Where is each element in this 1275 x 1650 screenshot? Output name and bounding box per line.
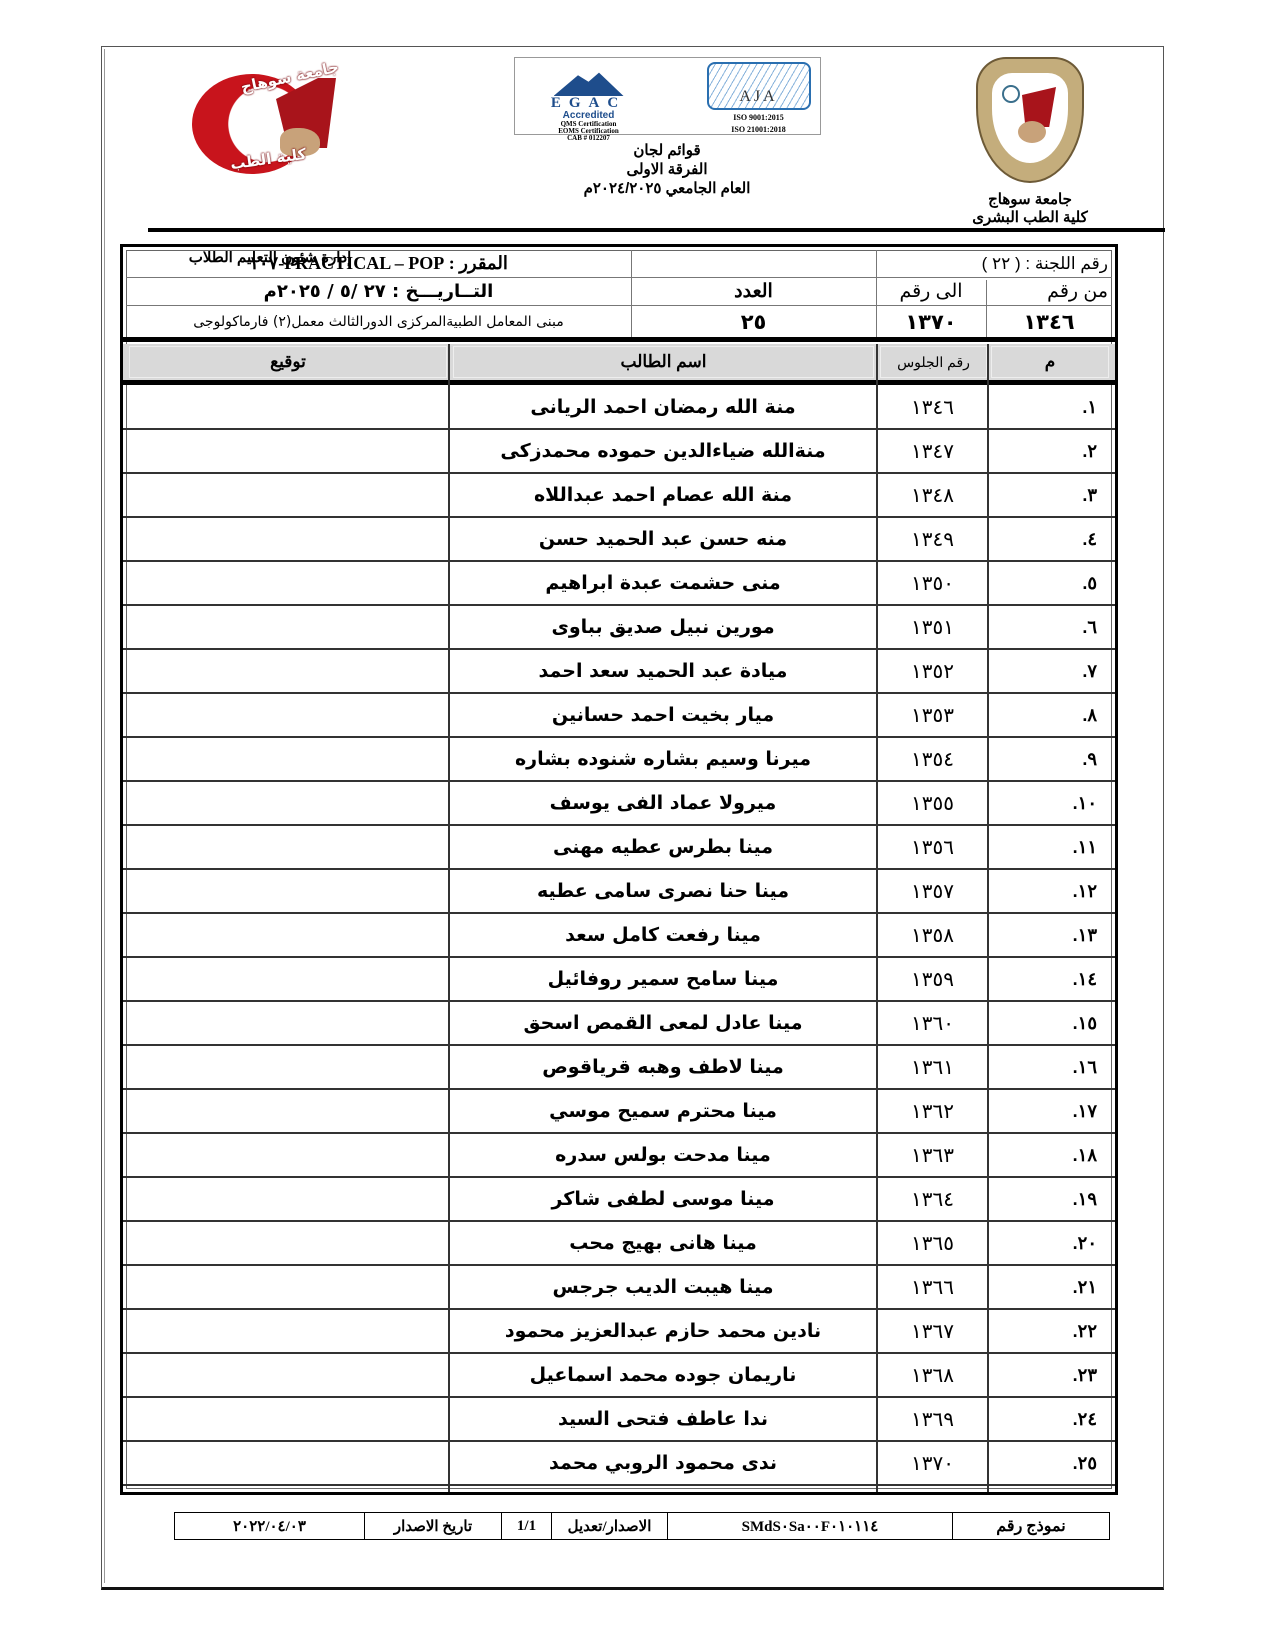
row-index: ٢. <box>989 430 1111 472</box>
seat-number: ١٣٦٦ <box>878 1266 987 1308</box>
table-row: ١٩.١٣٦٤مينا موسى لطفى شاكر <box>123 1178 1115 1222</box>
student-name: منه حسن عبد الحميد حسن <box>450 518 876 560</box>
signature-cell[interactable] <box>127 1002 448 1044</box>
table-row: ١٨.١٣٦٣مينا مدحت بولس سدره <box>123 1134 1115 1178</box>
course-code: المقرر : PRACTICAL – POP-١٠٧ <box>126 250 631 277</box>
column-header-signature: توقيع <box>129 346 447 378</box>
table-row: ٢٠.١٣٦٥مينا هانى بهيج محب <box>123 1222 1115 1266</box>
seat-number: ١٣٤٦ <box>878 386 987 428</box>
seat-number: ١٣٦٩ <box>878 1398 987 1440</box>
student-name: منةالله ضياءالدين حموده محمدزكى <box>450 430 876 472</box>
table-header: م رقم الجلوس اسم الطالب توقيع <box>123 344 1115 380</box>
from-number-label: من رقم <box>986 278 1112 305</box>
row-index: ٥. <box>989 562 1111 604</box>
signature-cell[interactable] <box>127 1222 448 1264</box>
mountain-eagle-icon <box>554 70 624 96</box>
count-label: العدد <box>631 278 876 305</box>
faculty-name: كلية الطب البشرى <box>955 209 1105 227</box>
seat-number: ١٣٥٧ <box>878 870 987 912</box>
form-number-label: نموذج رقم <box>952 1513 1109 1539</box>
row-index: ١٢. <box>989 870 1111 912</box>
edition-label: الاصدار/تعديل <box>551 1513 667 1539</box>
student-name: نادين محمد حازم عبدالعزيز محمود <box>450 1310 876 1352</box>
header-center: EGAC Accredited QMS Certification EOMS C… <box>512 57 822 198</box>
table-row: ٢٣.١٣٦٨ناريمان جوده محمد اسماعيل <box>123 1354 1115 1398</box>
table-row: ٢.١٣٤٧منةالله ضياءالدين حموده محمدزكى <box>123 430 1115 474</box>
table-row: ٢٢.١٣٦٧نادين محمد حازم عبدالعزيز محمود <box>123 1310 1115 1354</box>
student-name: مينا سامح سمير روفائيل <box>450 958 876 1000</box>
table-row: ٤.١٣٤٩منه حسن عبد الحميد حسن <box>123 518 1115 562</box>
egac-line3: CAB # 012207 <box>519 135 659 142</box>
signature-cell[interactable] <box>127 1398 448 1440</box>
column-header-seat-number: رقم الجلوس <box>880 346 987 378</box>
signature-cell[interactable] <box>127 1178 448 1220</box>
student-name: ندى محمود الروبي محمد <box>450 1442 876 1484</box>
row-index: ١٥. <box>989 1002 1111 1044</box>
signature-cell[interactable] <box>127 1266 448 1308</box>
student-name: منى حشمت عبدة ابراهيم <box>450 562 876 604</box>
table-row: ٢١.١٣٦٦مينا هيبت الديب جرجس <box>123 1266 1115 1310</box>
seat-number: ١٣٦٥ <box>878 1222 987 1264</box>
seat-number: ١٣٥٣ <box>878 694 987 736</box>
seat-number: ١٣٦٢ <box>878 1090 987 1132</box>
form-number-code: SMdS٠Sa٠٠F٠١٠١١٤ <box>667 1513 952 1539</box>
committee-number: رقم اللجنة : ( ٢٢ ) <box>876 250 1112 277</box>
student-name: مورين نبيل صديق بباوى <box>450 606 876 648</box>
signature-cell[interactable] <box>127 1134 448 1176</box>
seat-number: ١٣٥٥ <box>878 782 987 824</box>
egac-logo: EGAC Accredited QMS Certification EOMS C… <box>519 60 659 132</box>
issue-date-value: ٢٠٢٢/٠٤/٠٣ <box>175 1513 364 1539</box>
header-right: جامعة سوهاج كلية الطب البشرى <box>955 57 1105 227</box>
row-index: ٨. <box>989 694 1111 736</box>
seat-number: ١٣٦٧ <box>878 1310 987 1352</box>
student-name: مينا عادل لمعى القمص اسحق <box>450 1002 876 1044</box>
signature-cell[interactable] <box>127 1442 448 1484</box>
seat-number: ١٣٥٨ <box>878 914 987 956</box>
signature-cell[interactable] <box>127 386 448 428</box>
signature-cell[interactable] <box>127 1354 448 1396</box>
student-name: ميادة عبد الحميد سعد احمد <box>450 650 876 692</box>
header-left: جامعة سوهاج كلية الطب إدارة شئون التعليم… <box>160 68 380 266</box>
committee-table: رقم اللجنة : ( ٢٢ ) من رقم الى رقم ١٣٤٦ … <box>120 244 1118 1495</box>
row-index: ٢٢. <box>989 1310 1111 1352</box>
title-academic-year: العام الجامعي ٢٠٢٤/٢٠٢٥م <box>512 179 822 198</box>
signature-cell[interactable] <box>127 694 448 736</box>
column-header-index: م <box>991 346 1109 378</box>
row-index: ١٩. <box>989 1178 1111 1220</box>
row-index: ١٠. <box>989 782 1111 824</box>
signature-cell[interactable] <box>127 738 448 780</box>
committee-info: رقم اللجنة : ( ٢٢ ) من رقم الى رقم ١٣٤٦ … <box>123 247 1115 337</box>
document-titles: قوائم لجان الفرقة الاولى العام الجامعي ٢… <box>512 141 822 198</box>
row-index: ٢٤. <box>989 1398 1111 1440</box>
table-row: ١.١٣٤٦منة الله رمضان احمد الريانى <box>123 386 1115 430</box>
exam-date: التــاريـــخ : ٢٧ /٥ / ٢٠٢٥م <box>126 278 631 305</box>
title-year-level: الفرقة الاولى <box>512 160 822 179</box>
aja-logo: AJA ISO 9001:2015 ISO 21001:2018 <box>704 60 814 132</box>
signature-cell[interactable] <box>127 914 448 956</box>
table-row: ١٧.١٣٦٢مينا محترم سميح موسي <box>123 1090 1115 1134</box>
table-row: ٢٥.١٣٧٠ندى محمود الروبي محمد <box>123 1442 1115 1486</box>
signature-cell[interactable] <box>127 1090 448 1132</box>
seat-number: ١٣٥٠ <box>878 562 987 604</box>
student-name: ميرنا وسيم بشاره شنوده بشاره <box>450 738 876 780</box>
table-row: ١٣.١٣٥٨مينا رفعت كامل سعد <box>123 914 1115 958</box>
signature-cell[interactable] <box>127 958 448 1000</box>
student-name: مينا موسى لطفى شاكر <box>450 1178 876 1220</box>
seat-number: ١٣٤٧ <box>878 430 987 472</box>
student-name: مينا بطرس عطيه مهنى <box>450 826 876 868</box>
row-index: ٣. <box>989 474 1111 516</box>
signature-cell[interactable] <box>127 650 448 692</box>
table-row: ١٥.١٣٦٠مينا عادل لمعى القمص اسحق <box>123 1002 1115 1046</box>
to-number-value: ١٣٧٠ <box>876 306 986 337</box>
row-index: ١٦. <box>989 1046 1111 1088</box>
form-footer: نموذج رقم SMdS٠Sa٠٠F٠١٠١١٤ الاصدار/تعديل… <box>174 1512 1110 1540</box>
table-row: ٦.١٣٥١مورين نبيل صديق بباوى <box>123 606 1115 650</box>
signature-cell[interactable] <box>127 474 448 516</box>
title-committee-lists: قوائم لجان <box>512 141 822 160</box>
seat-number: ١٣٤٨ <box>878 474 987 516</box>
seat-number: ١٣٦٣ <box>878 1134 987 1176</box>
student-name: مينا هيبت الديب جرجس <box>450 1266 876 1308</box>
student-name: مينا رفعت كامل سعد <box>450 914 876 956</box>
student-name: مينا مدحت بولس سدره <box>450 1134 876 1176</box>
seat-number: ١٣٥٢ <box>878 650 987 692</box>
edition-value: 1/1 <box>501 1513 551 1539</box>
table-row: ٧.١٣٥٢ميادة عبد الحميد سعد احمد <box>123 650 1115 694</box>
row-index: ١٤. <box>989 958 1111 1000</box>
to-number-label: الى رقم <box>876 278 986 305</box>
pharaoh-face-icon <box>1018 121 1046 143</box>
table-row: ١٤.١٣٥٩مينا سامح سمير روفائيل <box>123 958 1115 1002</box>
egac-letters: EGAC <box>519 96 659 110</box>
iso-9001: ISO 9001:2015 <box>704 113 814 122</box>
globe-icon: AJA <box>707 62 811 110</box>
row-index: ٢٣. <box>989 1354 1111 1396</box>
seat-number: ١٣٥١ <box>878 606 987 648</box>
count-value: ٢٥ <box>631 306 876 337</box>
student-name: ندا عاطف فتحى السيد <box>450 1398 876 1440</box>
signature-cell[interactable] <box>127 1310 448 1352</box>
university-name: جامعة سوهاج <box>955 191 1105 209</box>
seat-number: ١٣٦٠ <box>878 1002 987 1044</box>
student-name: منة الله رمضان احمد الريانى <box>450 386 876 428</box>
student-name: ناريمان جوده محمد اسماعيل <box>450 1354 876 1396</box>
student-name: مينا محترم سميح موسي <box>450 1090 876 1132</box>
atom-icon <box>1002 85 1020 103</box>
row-index: ٢١. <box>989 1266 1111 1308</box>
row-index: ٢٠. <box>989 1222 1111 1264</box>
certification-logos: EGAC Accredited QMS Certification EOMS C… <box>514 57 821 135</box>
exam-location: مبنى المعامل الطبيةالمركزى الدورالثالث م… <box>126 306 631 337</box>
table-row: ١١.١٣٥٦مينا بطرس عطيه مهنى <box>123 826 1115 870</box>
signature-cell[interactable] <box>127 826 448 868</box>
header-divider <box>148 228 1165 232</box>
student-name: مينا حنا نصرى سامى عطيه <box>450 870 876 912</box>
row-index: ١٣. <box>989 914 1111 956</box>
column-header-student-name: اسم الطالب <box>453 346 874 378</box>
table-row: ١٠.١٣٥٥ميرولا عماد الفى يوسف <box>123 782 1115 826</box>
signature-cell[interactable] <box>127 430 448 472</box>
student-name: مينا هانى بهيج محب <box>450 1222 876 1264</box>
signature-cell[interactable] <box>127 870 448 912</box>
seat-number: ١٣٥٩ <box>878 958 987 1000</box>
seat-number: ١٣٦٨ <box>878 1354 987 1396</box>
table-row: ١٦.١٣٦١مينا لاطف وهبه قرياقوص <box>123 1046 1115 1090</box>
row-index: ٦. <box>989 606 1111 648</box>
table-row: ٣.١٣٤٨منة الله عصام احمد عبداللاه <box>123 474 1115 518</box>
university-name-block: جامعة سوهاج كلية الطب البشرى <box>955 191 1105 227</box>
seat-number: ١٣٧٠ <box>878 1442 987 1484</box>
student-name: مينا لاطف وهبه قرياقوص <box>450 1046 876 1088</box>
row-index: ٧. <box>989 650 1111 692</box>
student-name: ميار بخيت احمد حسانين <box>450 694 876 736</box>
table-row: ٥.١٣٥٠منى حشمت عبدة ابراهيم <box>123 562 1115 606</box>
table-row: ٢٤.١٣٦٩ندا عاطف فتحى السيد <box>123 1398 1115 1442</box>
seat-number: ١٣٦٤ <box>878 1178 987 1220</box>
row-index: ١. <box>989 386 1111 428</box>
signature-cell[interactable] <box>127 562 448 604</box>
student-name: منة الله عصام احمد عبداللاه <box>450 474 876 516</box>
row-index: ١١. <box>989 826 1111 868</box>
faculty-of-medicine-logo: جامعة سوهاج كلية الطب <box>180 68 360 168</box>
signature-cell[interactable] <box>127 606 448 648</box>
table-row: ٩.١٣٥٤ميرنا وسيم بشاره شنوده بشاره <box>123 738 1115 782</box>
seat-number: ١٣٥٦ <box>878 826 987 868</box>
from-number-value: ١٣٤٦ <box>986 306 1112 337</box>
signature-cell[interactable] <box>127 1046 448 1088</box>
seat-number: ١٣٥٤ <box>878 738 987 780</box>
row-index: ١٨. <box>989 1134 1111 1176</box>
signature-cell[interactable] <box>127 782 448 824</box>
iso-21001: ISO 21001:2018 <box>704 125 814 134</box>
seat-number: ١٣٤٩ <box>878 518 987 560</box>
seat-number: ١٣٦١ <box>878 1046 987 1088</box>
sohag-university-logo <box>976 57 1084 183</box>
table-row: ١٢.١٣٥٧مينا حنا نصرى سامى عطيه <box>123 870 1115 914</box>
issue-date-label: تاريخ الاصدار <box>364 1513 501 1539</box>
row-index: ١٧. <box>989 1090 1111 1132</box>
row-index: ٢٥. <box>989 1442 1111 1484</box>
row-index: ٩. <box>989 738 1111 780</box>
row-index: ٤. <box>989 518 1111 560</box>
aja-letters: AJA <box>709 88 809 106</box>
student-name: ميرولا عماد الفى يوسف <box>450 782 876 824</box>
signature-cell[interactable] <box>127 518 448 560</box>
table-row: ٨.١٣٥٣ميار بخيت احمد حسانين <box>123 694 1115 738</box>
